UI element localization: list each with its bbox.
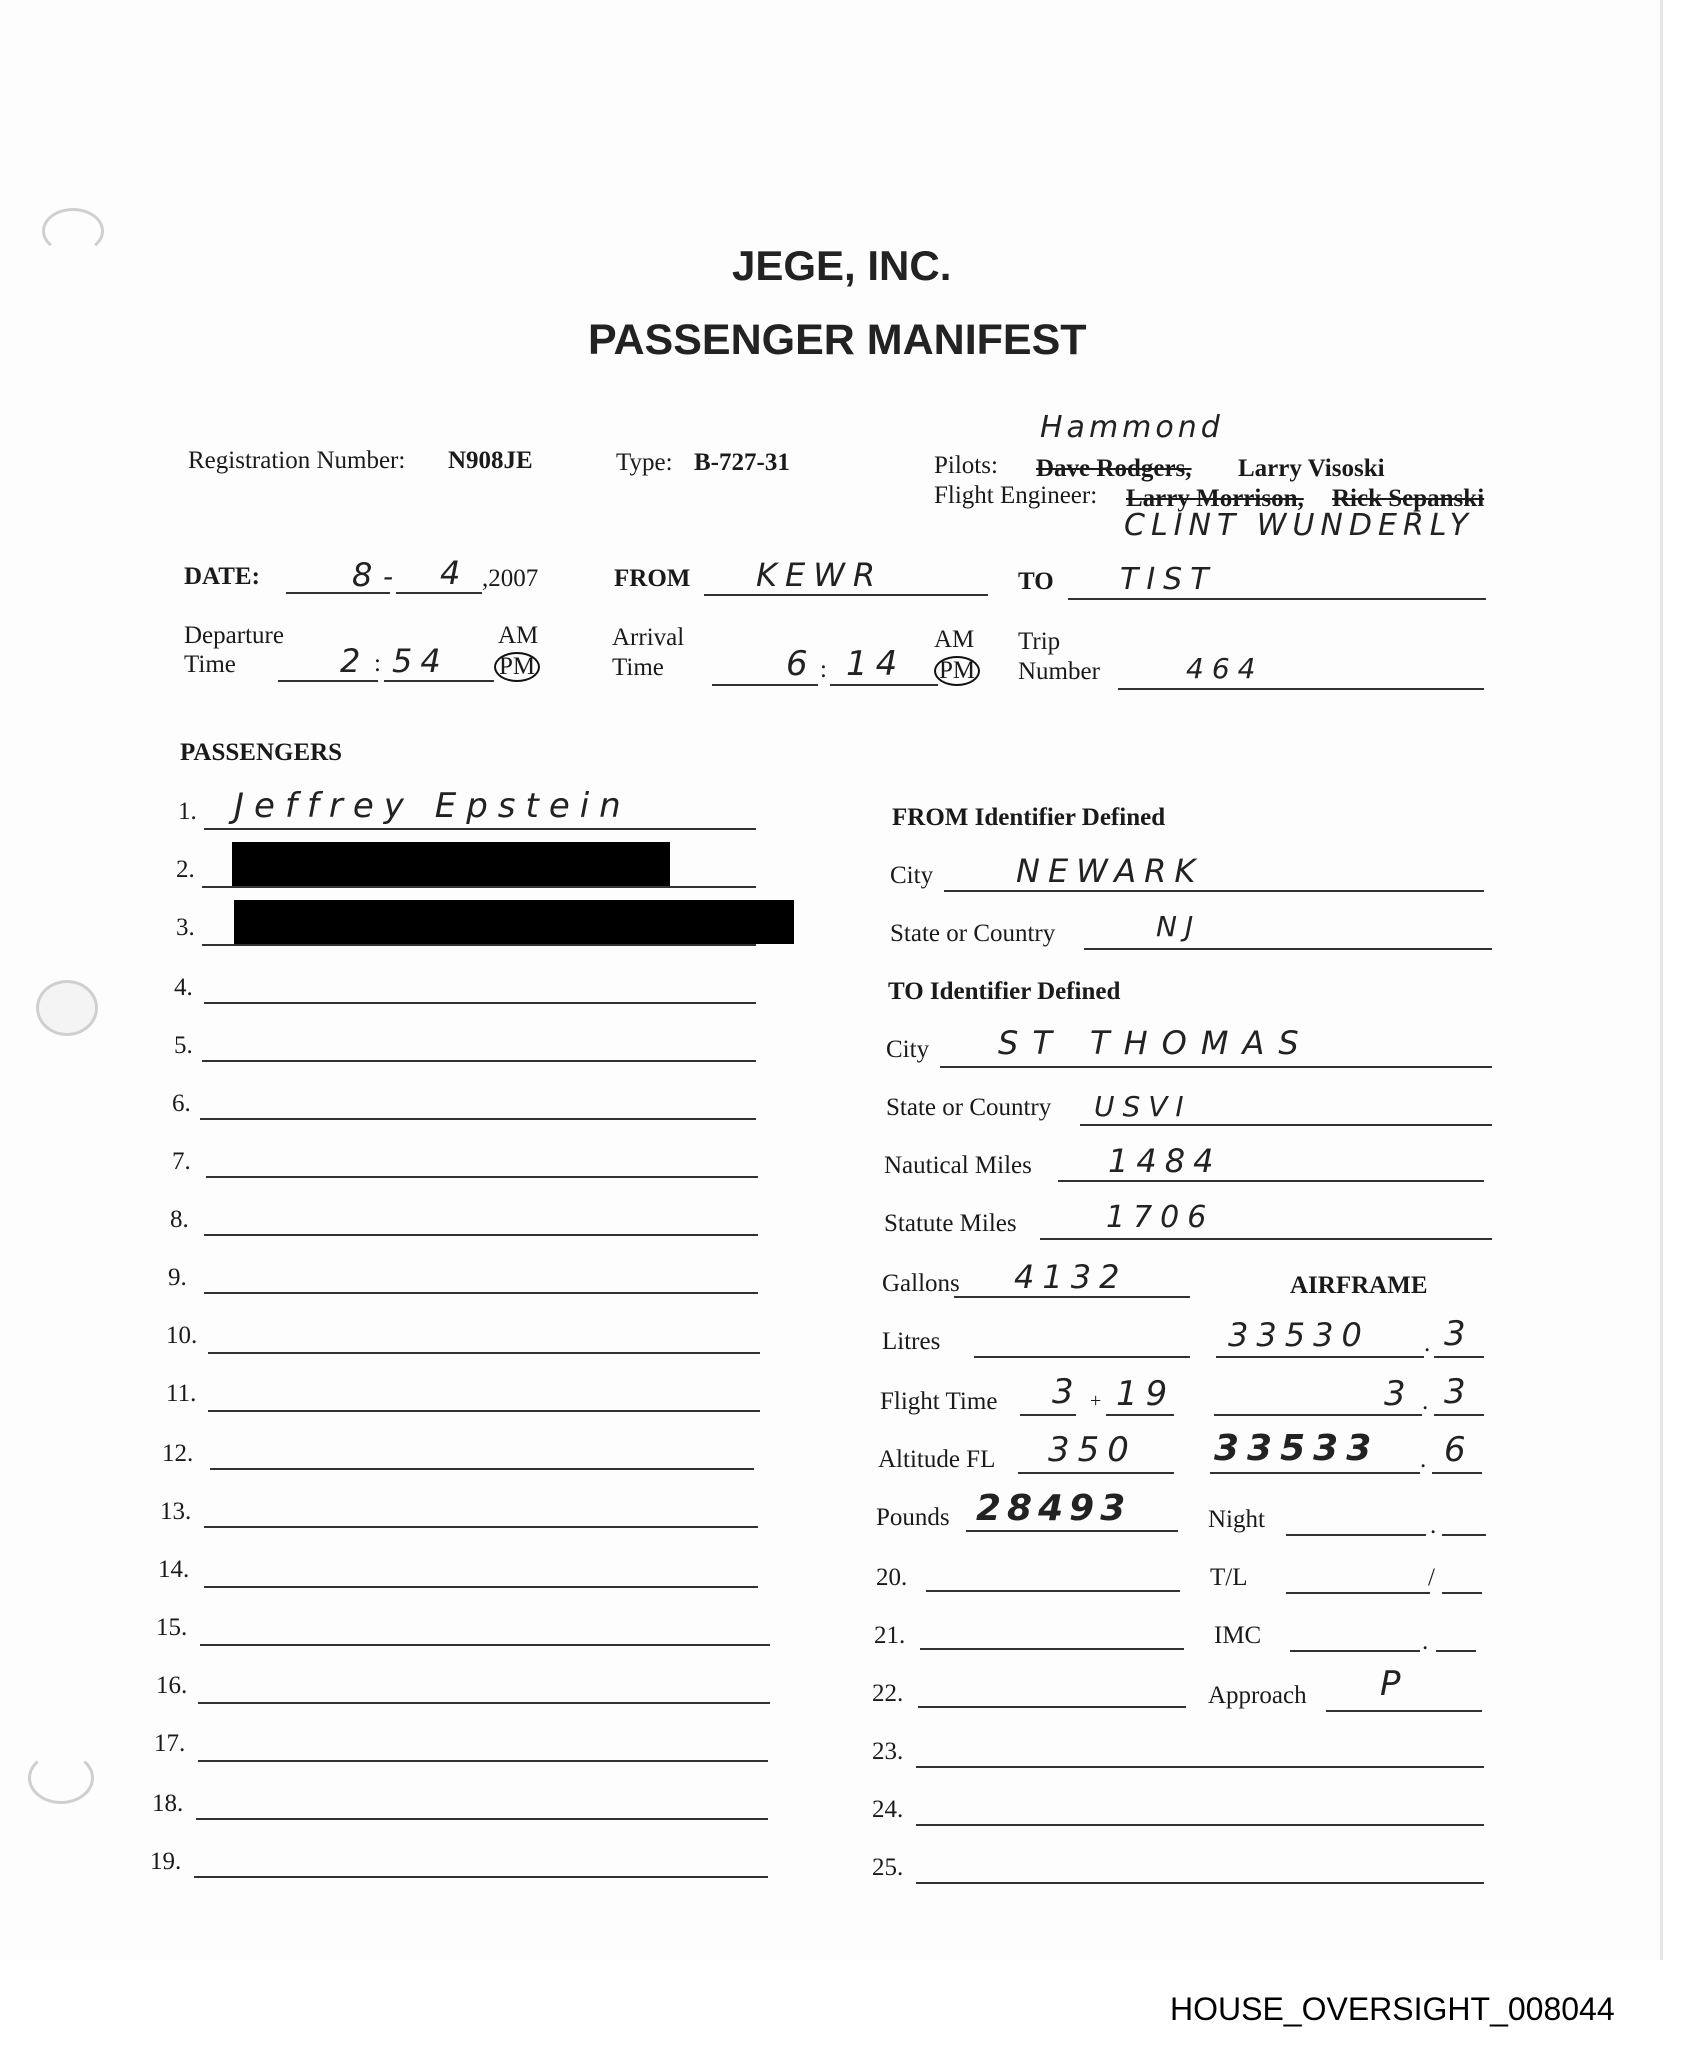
passenger-line <box>204 828 756 830</box>
passenger-line <box>204 1234 758 1236</box>
passenger-number: 25. <box>872 1854 903 1882</box>
passenger-line <box>208 1410 760 1412</box>
type-value: B-727-31 <box>694 449 790 477</box>
gallons-line <box>954 1296 1190 1298</box>
trip-number-line <box>1118 688 1484 690</box>
departure-hour-line <box>278 680 378 682</box>
airframe-start-whole: 33530 <box>1228 1316 1370 1354</box>
page-title: PASSENGER MANIFEST <box>588 316 1087 365</box>
tl-label: T/L <box>1210 1564 1248 1592</box>
passenger-line <box>916 1824 1484 1826</box>
passenger-line <box>200 1118 756 1120</box>
airframe-end-tenth-line <box>1432 1472 1482 1474</box>
flight-time-minutes: 19 <box>1116 1374 1175 1414</box>
passenger-number: 1. <box>178 798 197 826</box>
passenger-line <box>926 1590 1180 1592</box>
airframe-add-tenth-line <box>1434 1414 1484 1416</box>
nautical-miles-value: 1484 <box>1108 1142 1221 1180</box>
passenger-number: 7. <box>172 1148 191 1176</box>
imc-whole-line <box>1290 1650 1420 1652</box>
flight-engineer-handwritten: CLINT WUNDERLY <box>1124 508 1474 543</box>
passenger-number: 8. <box>170 1206 189 1234</box>
date-day: 4 <box>440 554 468 592</box>
passengers-heading: PASSENGERS <box>180 739 342 767</box>
hole-punch-top <box>42 208 104 254</box>
registration-value: N908JE <box>448 447 533 475</box>
to-line <box>1068 598 1486 600</box>
flight-time-hours: 3 <box>1052 1372 1082 1412</box>
to-city-line <box>940 1066 1492 1068</box>
from-state-line <box>1084 948 1492 950</box>
passenger-line <box>918 1706 1186 1708</box>
from-value: KEWR <box>756 556 883 594</box>
passenger-line <box>204 1002 756 1004</box>
passenger-line <box>202 886 756 888</box>
passenger-number: 13. <box>160 1498 191 1526</box>
night-whole-line <box>1286 1534 1426 1536</box>
passenger-line <box>202 1060 756 1062</box>
redaction-box <box>232 842 670 886</box>
passenger-line <box>916 1882 1484 1884</box>
type-label: Type: <box>616 449 673 477</box>
airframe-start-dot: . <box>1424 1330 1430 1358</box>
from-city-line <box>944 890 1484 892</box>
passenger-line <box>196 1818 768 1820</box>
passenger-number: 6. <box>172 1090 191 1118</box>
company-name: JEGE, INC. <box>732 242 951 290</box>
hole-punch-bottom <box>28 1752 94 1804</box>
airframe-start-whole-line <box>1216 1356 1424 1358</box>
passenger-number: 23. <box>872 1738 903 1766</box>
airframe-end-whole-line <box>1210 1472 1420 1474</box>
airframe-end-whole: 33533 <box>1214 1428 1379 1469</box>
statute-miles-line <box>1040 1238 1492 1240</box>
imc-dot: . <box>1422 1628 1428 1656</box>
date-year: ,2007 <box>482 565 538 593</box>
from-city-value: NEWARK <box>1016 852 1203 890</box>
pounds-label: Pounds <box>876 1504 950 1532</box>
airframe-start-tenth: 3 <box>1444 1314 1474 1354</box>
statute-miles-value: 1706 <box>1106 1200 1214 1235</box>
passenger-number: 9. <box>168 1264 187 1292</box>
passenger-line <box>200 1644 770 1646</box>
to-city-label: City <box>886 1036 929 1064</box>
passenger-number: 15. <box>156 1614 187 1642</box>
passenger-number: 20. <box>876 1564 907 1592</box>
airframe-end-tenth: 6 <box>1444 1430 1474 1470</box>
approach-label: Approach <box>1208 1682 1307 1710</box>
to-state-label: State or Country <box>886 1094 1051 1122</box>
night-tenth-line <box>1442 1534 1486 1536</box>
airframe-start-tenth-line <box>1434 1356 1484 1358</box>
to-label: TO <box>1018 568 1054 596</box>
departure-minute: 54 <box>392 642 449 680</box>
passenger-line <box>198 1760 768 1762</box>
departure-hour: 2 <box>340 642 368 680</box>
date-label: DATE: <box>184 563 260 591</box>
passenger-number: 2. <box>176 856 195 884</box>
passenger-number: 21. <box>874 1622 905 1650</box>
from-line <box>704 594 988 596</box>
passenger-line <box>920 1648 1184 1650</box>
passenger-number: 3. <box>176 914 195 942</box>
pilot-handwritten-replacement: Hammond <box>1040 410 1224 445</box>
trip-label-2: Number <box>1018 658 1100 686</box>
nautical-miles-line <box>1058 1180 1484 1182</box>
passenger-line <box>208 1352 760 1354</box>
departure-pm-option-circled: PM <box>494 652 540 682</box>
arrival-am-option: AM <box>934 626 974 654</box>
from-state-value: NJ <box>1156 910 1201 943</box>
departure-pm-selected: PM <box>494 652 540 682</box>
manifest-page: JEGE, INC. PASSENGER MANIFEST Registrati… <box>0 0 1663 1960</box>
gallons-value: 4132 <box>1014 1258 1127 1296</box>
pounds-value: 28493 <box>976 1488 1131 1529</box>
passenger-line <box>198 1702 770 1704</box>
passenger-number: 24. <box>872 1796 903 1824</box>
departure-minute-line <box>384 680 494 682</box>
departure-label-1: Departure <box>184 622 284 650</box>
passenger-name: Jeffrey Epstein <box>234 786 631 826</box>
airframe-add-dot: . <box>1422 1388 1428 1416</box>
to-identifier-heading: TO Identifier Defined <box>888 978 1120 1006</box>
passenger-line <box>202 944 756 946</box>
passenger-number: 18. <box>152 1790 183 1818</box>
passenger-line <box>194 1876 768 1878</box>
flight-time-plus: + <box>1090 1390 1101 1413</box>
approach-value: P <box>1380 1664 1409 1704</box>
from-city-label: City <box>890 862 933 890</box>
arrival-minute: 14 <box>846 644 905 684</box>
arrival-colon: : <box>820 656 827 684</box>
arrival-label-2: Time <box>612 654 664 682</box>
airframe-add-whole: 3 <box>1384 1374 1414 1414</box>
to-city-value: ST THOMAS <box>998 1024 1313 1062</box>
altitude-label: Altitude FL <box>878 1446 995 1474</box>
from-label: FROM <box>614 565 690 593</box>
arrival-label-1: Arrival <box>612 624 684 652</box>
passenger-line <box>204 1292 758 1294</box>
flight-time-label: Flight Time <box>880 1388 997 1416</box>
passenger-number: 22. <box>872 1680 903 1708</box>
airframe-heading: AIRFRAME <box>1290 1272 1428 1300</box>
altitude-line <box>1018 1472 1174 1474</box>
arrival-pm-selected: PM <box>934 656 980 686</box>
night-dot: . <box>1430 1512 1436 1540</box>
passenger-number: 19. <box>150 1848 181 1876</box>
passenger-number: 12. <box>162 1440 193 1468</box>
date-month: 8 <box>352 556 380 594</box>
date-day-line <box>396 592 482 594</box>
from-identifier-heading: FROM Identifier Defined <box>892 804 1165 832</box>
imc-tenth-line <box>1436 1650 1476 1652</box>
arrival-hour: 6 <box>786 644 816 684</box>
altitude-value: 350 <box>1048 1430 1137 1470</box>
approach-line <box>1326 1710 1482 1712</box>
tl-whole-line <box>1286 1592 1430 1594</box>
passenger-number: 5. <box>174 1032 193 1060</box>
arrival-hour-line <box>712 684 818 686</box>
date-separator: - <box>383 560 401 593</box>
pounds-line <box>966 1530 1178 1532</box>
imc-label: IMC <box>1214 1622 1261 1650</box>
passenger-line <box>210 1468 754 1470</box>
tl-separator: / <box>1428 1564 1435 1592</box>
passenger-line <box>916 1766 1484 1768</box>
to-state-line <box>1080 1124 1492 1126</box>
pilot-1-struck: Dave Rodgers, <box>1036 455 1192 483</box>
arrival-minute-line <box>830 684 938 686</box>
airframe-add-whole-line <box>1214 1414 1422 1416</box>
to-state-value: USVI <box>1094 1090 1192 1123</box>
litres-label: Litres <box>882 1328 940 1356</box>
gallons-label: Gallons <box>882 1270 960 1298</box>
trip-label-1: Trip <box>1018 628 1060 656</box>
hole-punch-middle <box>36 980 98 1036</box>
nautical-miles-label: Nautical Miles <box>884 1152 1032 1180</box>
flight-engineer-label: Flight Engineer: <box>934 482 1097 510</box>
pilot-2: Larry Visoski <box>1238 455 1385 483</box>
airframe-end-dot: . <box>1420 1446 1426 1474</box>
to-value: TIST <box>1120 562 1217 597</box>
passenger-number: 11. <box>166 1380 196 1408</box>
departure-colon: : <box>374 650 381 678</box>
statute-miles-label: Statute Miles <box>884 1210 1017 1238</box>
passenger-number: 14. <box>158 1556 189 1584</box>
passenger-number: 4. <box>174 974 193 1002</box>
passenger-line <box>204 1586 758 1588</box>
trip-number: 464 <box>1186 652 1263 685</box>
passenger-line <box>204 1526 758 1528</box>
pilots-label: Pilots: <box>934 452 998 480</box>
airframe-add-tenth: 3 <box>1444 1372 1474 1412</box>
passenger-number: 16. <box>156 1672 187 1700</box>
departure-label-2: Time <box>184 651 236 679</box>
redaction-box <box>234 900 794 944</box>
registration-label: Registration Number: <box>188 447 405 475</box>
arrival-pm-option-circled: PM <box>934 656 980 686</box>
flight-time-hours-line <box>1020 1414 1076 1416</box>
night-label: Night <box>1208 1506 1265 1534</box>
litres-line <box>974 1356 1190 1358</box>
tl-second-line <box>1442 1592 1482 1594</box>
passenger-number: 17. <box>154 1730 185 1758</box>
bates-number: HOUSE_OVERSIGHT_008044 <box>1170 1991 1615 2028</box>
departure-am-option: AM <box>498 622 538 650</box>
from-state-label: State or Country <box>890 920 1055 948</box>
passenger-line <box>206 1176 758 1178</box>
passenger-number: 10. <box>166 1322 197 1350</box>
flight-time-minutes-line <box>1106 1414 1174 1416</box>
